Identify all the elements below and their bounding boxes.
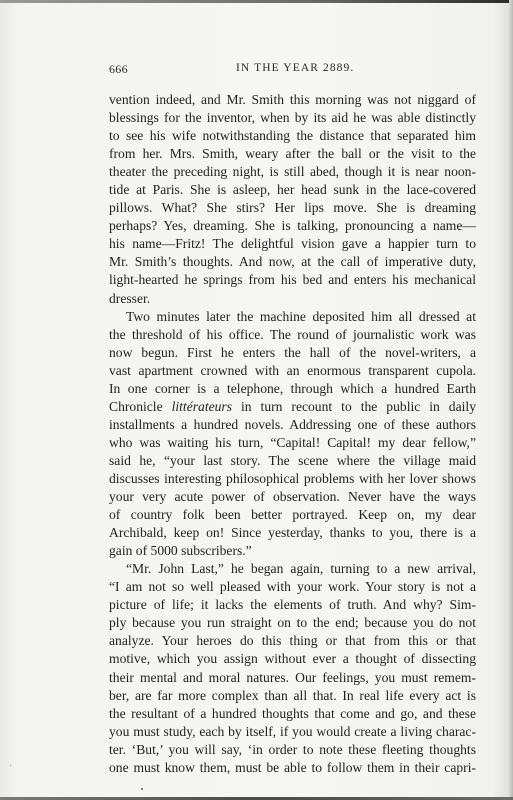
italic-word: littérateurs <box>172 399 232 414</box>
text-line: theater the preceding night, is still ab… <box>109 163 476 181</box>
text-line: you must study, each by itself, if you w… <box>109 723 476 741</box>
text-line: analyze. Your heroes do this thing or th… <box>109 632 476 650</box>
text-line: said he, “your last story. The scene whe… <box>109 452 476 470</box>
text-line: Archibald, keep on! Since yesterday, tha… <box>109 524 476 542</box>
text-line: ter. ‘But,’ you will say, ‘in order to n… <box>109 741 476 759</box>
text-line: the threshold of his office. The round o… <box>109 326 476 344</box>
text-line: Mr. Smith’s thoughts. And now, at the ca… <box>109 253 476 271</box>
text-line: ply because you run straight on to the e… <box>109 614 476 632</box>
text-line: In one corner is a telephone, through wh… <box>109 380 476 398</box>
text-line: the resultant of a hundred thoughts that… <box>109 705 476 723</box>
text-line: one must know them, must be able to foll… <box>109 759 476 777</box>
text-line: vention indeed, and Mr. Smith this morni… <box>109 91 476 109</box>
text-line: blessings for the inventor, when by its … <box>109 109 476 127</box>
page-right-edge <box>509 0 513 800</box>
scan-speck <box>141 788 143 790</box>
text-line: Two minutes later the machine deposited … <box>109 308 476 326</box>
scan-speck <box>10 765 11 766</box>
text-line: his name—Fritz! The delightful vision ga… <box>109 235 476 253</box>
page-number: 666 <box>109 62 128 77</box>
page-top-edge <box>0 0 513 3</box>
text-line: perhaps? Yes, dreaming. She is talking, … <box>109 217 476 235</box>
text-line: “Mr. John Last,” he began again, turning… <box>109 560 476 578</box>
text-line: ber, are far more complex than all that.… <box>109 687 476 705</box>
text-segment: in turn recount to the public in daily <box>232 399 476 414</box>
text-line: light-hearted he springs from his bed an… <box>109 271 476 289</box>
text-line: now begun. First he enters the hall of t… <box>109 344 476 362</box>
text-segment: Chronicle <box>109 399 172 414</box>
text-line: dresser. <box>109 290 476 308</box>
text-line: installments a hundred novels. Addressin… <box>109 416 476 434</box>
running-title: IN THE YEAR 2889. <box>236 62 354 74</box>
text-line: of country folk been better portrayed. K… <box>109 506 476 524</box>
body-text: vention indeed, and Mr. Smith this morni… <box>109 91 476 777</box>
text-line: “I am not so well pleased with your work… <box>109 578 476 596</box>
text-line: tide at Paris. She is asleep, her head s… <box>109 181 476 199</box>
text-line: motive, which you assign without ever a … <box>109 650 476 668</box>
text-line: picture of life; it lacks the elements o… <box>109 596 476 614</box>
text-line: gain of 5000 subscribers.” <box>109 542 476 560</box>
running-head: 666 IN THE YEAR 2889. <box>109 62 475 78</box>
text-line: from her. Mrs. Smith, weary after the ba… <box>109 145 476 163</box>
text-line: Chronicle littérateurs in turn recount t… <box>109 398 476 416</box>
text-line: discusses interesting philosophical prob… <box>109 470 476 488</box>
text-line: your very acute power of observation. Ne… <box>109 488 476 506</box>
text-line: vast apartment crowned with an enormous … <box>109 362 476 380</box>
text-line: pillows. What? She stirs? Her lips move.… <box>109 199 476 217</box>
text-line: their mental and moral natures. Our feel… <box>109 669 476 687</box>
text-line: who was waiting his turn, “Capital! Capi… <box>109 434 476 452</box>
book-page: 666 IN THE YEAR 2889. vention indeed, an… <box>0 0 513 800</box>
text-line: to see his wife notwithstanding the dist… <box>109 127 476 145</box>
